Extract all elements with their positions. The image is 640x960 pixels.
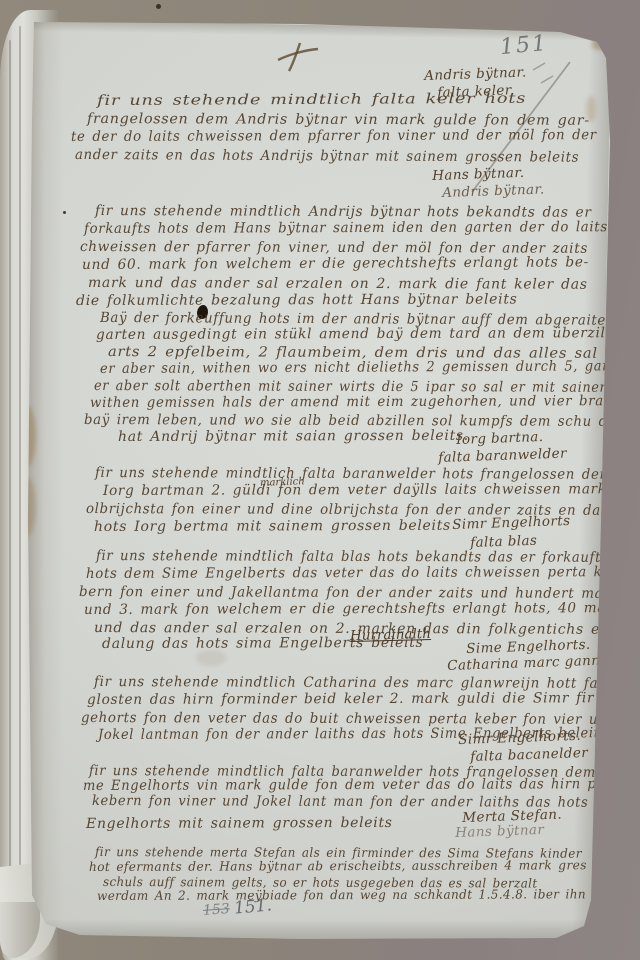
manuscript-line: ander zaits en das hots Andrijs bÿtnar m… xyxy=(75,148,579,165)
manuscript-line: und 60. mark fon welchem er die gerechts… xyxy=(82,255,589,272)
manuscript-line: die folkumlichte bezalung das hott Hans … xyxy=(76,292,518,308)
manuscript-line: fir uns stehende mindtlich Andrijs bÿtna… xyxy=(95,204,592,220)
margin-note: Catharina marc gannreijn xyxy=(447,653,634,673)
manuscript-line: fir uns stehende mindtlich falta blas ho… xyxy=(96,549,609,565)
manuscript-line: werdam An 2. mark meÿbiade fon dan weg n… xyxy=(97,888,586,902)
cross-mark-icon xyxy=(276,42,320,72)
manuscript-line: er aber solt aberthen mit sainer wirts d… xyxy=(94,379,606,395)
bottom-edge-shadow xyxy=(40,919,588,939)
underlined-word: Hurrainalth xyxy=(350,626,431,644)
stain xyxy=(196,650,226,666)
manuscript-line: me Engelhorts vin mark gulde fon dem vet… xyxy=(83,777,626,793)
manuscript-line: bern fon einer und Jakellantma fon der a… xyxy=(79,585,619,601)
manuscript-line: baÿ irem leben, und wo sie alb beid abzi… xyxy=(84,413,624,429)
manuscript-line: Engelhorts mit sainem grossen beleits xyxy=(86,816,393,831)
stain xyxy=(546,6,580,24)
margin-note: falta baranwelder xyxy=(438,448,567,466)
manuscript-line: mark und das ander sal erzalen on 2. mar… xyxy=(88,276,588,292)
manuscript-photo: 151 Andris bÿtnar. falta keler. fir uns … xyxy=(0,0,640,960)
manuscript-line: und 3. mark fon welchem er die gerechtsh… xyxy=(84,601,622,617)
manuscript-line: hat Andrij bÿtnar mit saian grossen bele… xyxy=(118,429,469,444)
manuscript-line: chweissen der pfarrer fon viner, und der… xyxy=(80,240,588,256)
crossed-out-page-number: 153 xyxy=(202,901,230,919)
margin-note: falta bacanelder xyxy=(470,747,588,765)
stain xyxy=(592,38,606,50)
binding-fold-shadow xyxy=(28,0,64,960)
manuscript-line: hots Iorg bertma mit sainem grossen bele… xyxy=(94,519,451,534)
margin-note: Iorg bartna. xyxy=(456,431,544,448)
manuscript-line: fir uns stehende mindtlich Catharina des… xyxy=(94,675,614,691)
manuscript-page: 151 Andris bÿtnar. falta keler. fir uns … xyxy=(0,0,640,960)
manuscript-line: fir uns stehende mindtlich falta keler h… xyxy=(97,92,526,108)
margin-note: Hans bÿtnar. xyxy=(432,167,525,184)
manuscript-line: Iorg bartman 2. güldi fon dem veter daÿl… xyxy=(103,482,612,498)
manuscript-line: hots dem Sime Engelberts das veter das d… xyxy=(86,565,616,581)
manuscript-line: glosten das hirn forminder beid keler 2.… xyxy=(87,691,594,707)
margin-note: Andris bÿtnar. xyxy=(424,66,527,83)
corrected-page-number: 151. xyxy=(233,895,272,918)
manuscript-line: er aber sain, withen wo ers nicht dielie… xyxy=(100,359,636,376)
manuscript-line: fir uns stehende mindtlich falta baranwe… xyxy=(95,466,609,482)
margin-note: falta blas xyxy=(470,535,538,551)
page-edge-line xyxy=(19,26,21,934)
manuscript-line: garten ausgedingt ein stükl amend baÿ de… xyxy=(96,326,614,342)
speck xyxy=(63,211,66,214)
margin-note: Andris bÿtnar. xyxy=(442,183,545,200)
margin-note: Simr Engelhorts xyxy=(452,515,571,533)
background-speck xyxy=(156,4,161,9)
page-edge-line xyxy=(9,40,11,910)
margin-note: Hans bÿtnar xyxy=(455,824,544,841)
manuscript-line: hot efermants der. Hans bÿtnar ab erisch… xyxy=(89,859,587,873)
manuscript-line: forkaufts hots dem Hans bÿtnar sainem id… xyxy=(84,220,608,236)
manuscript-line: te der do laits chweissen dem pfarrer fo… xyxy=(71,128,597,144)
manuscript-line: frangelossen dem Andris bÿtnar vin mark … xyxy=(87,112,590,128)
manuscript-line: withen gemissen hals der amend mit eim z… xyxy=(90,394,630,410)
